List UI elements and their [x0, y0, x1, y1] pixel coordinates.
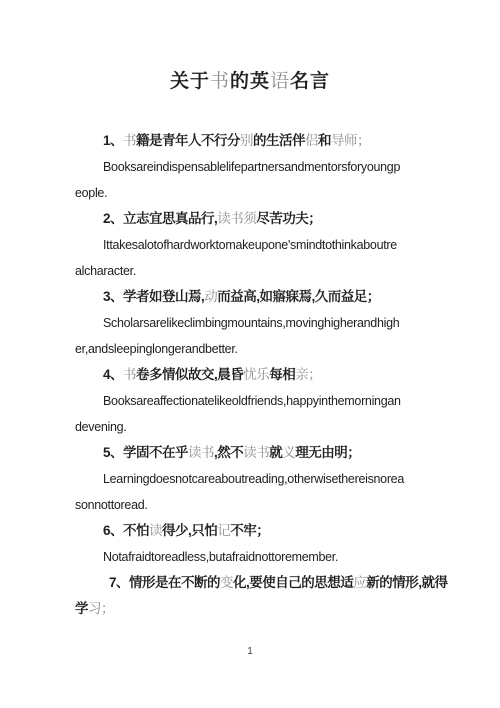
muted-text-run: 应 [353, 575, 366, 590]
page-number: 1 [0, 646, 500, 657]
text-run: 5、学固不在乎 [103, 445, 188, 460]
text-run: 和 [318, 133, 331, 148]
text-run: ,然不 [214, 445, 243, 460]
muted-text-run: 义 [282, 445, 295, 460]
quote-1-english-line-1: Booksareindispensablelifepartnersandment… [75, 154, 431, 180]
document-page: 关于书的英语名言 1、书籍是青年人不行分别的生活伴侣和导师； Booksarei… [0, 0, 500, 708]
text-run: 就 [269, 445, 282, 460]
text-run: 6、不怕 [103, 523, 149, 538]
muted-text-run: 习； [88, 601, 114, 616]
quote-7-chinese-line-2: 学习； [75, 596, 431, 622]
muted-text-run: 书 [210, 71, 230, 92]
muted-text-run: 变 [220, 575, 233, 590]
text-run: 3、学者如登山焉, [103, 289, 204, 304]
quote-4-chinese: 4、书卷多情似故交,晨昏忧乐每相亲； [75, 362, 431, 388]
quote-2-chinese: 2、立志宜思真品行,读书须尽苦功夫； [75, 206, 431, 232]
quote-3-english-line-1: Scholarsarelikeclimbingmountains,movingh… [75, 310, 431, 336]
text-run: 化,要使自己的思想适 [233, 575, 353, 590]
quote-7-chinese-line-1: 7、情形是在不断的变化,要使自己的思想适应新的情形,就得 [75, 570, 431, 596]
quote-6-chinese: 6、不怕读得少,只怕记不牢； [75, 518, 431, 544]
quote-3-english-line-2: er,andsleepinglongerandbetter. [75, 336, 431, 362]
text-run: 而益高,如寤寐焉,久而益足； [217, 289, 380, 304]
quote-2-english-line-1: Ittakesalotofhardworktomakeupone'smindto… [75, 232, 431, 258]
quote-1-english-line-2: eople. [75, 180, 431, 206]
text-run: 卷多情似故交,晨昏 [136, 367, 243, 382]
muted-text-run: 读书 [188, 445, 214, 460]
muted-text-run: 忧乐 [243, 367, 269, 382]
muted-text-run: 读书须 [217, 211, 256, 226]
quote-5-chinese: 5、学固不在乎读书,然不读书就义理无由明； [75, 440, 431, 466]
muted-text-run: 语 [270, 71, 290, 92]
text-run: 新的情形,就得 [366, 575, 447, 590]
quote-4-english-line-2: devening. [75, 414, 431, 440]
text-run: 名言 [290, 71, 330, 92]
muted-text-run: 读 [149, 523, 162, 538]
muted-text-run: 书 [123, 367, 136, 382]
quote-4-english-line-1: Booksareaffectionatelikeoldfriends,happy… [75, 388, 431, 414]
quote-1-chinese: 1、书籍是青年人不行分别的生活伴侣和导师； [75, 128, 431, 154]
text-run: 4、 [103, 367, 123, 382]
quote-5-english-line-1: Learningdoesnotcareaboutreading,otherwis… [75, 466, 431, 492]
text-run: 得少,只怕 [162, 523, 217, 538]
text-run: 1、 [103, 133, 123, 148]
muted-text-run: 导师； [331, 133, 370, 148]
muted-text-run: 侣 [305, 133, 318, 148]
text-run: 的英 [230, 71, 270, 92]
text-run: 的生活伴 [253, 133, 305, 148]
document-body: 1、书籍是青年人不行分别的生活伴侣和导师； Booksareindispensa… [75, 128, 431, 622]
muted-text-run: 动 [204, 289, 217, 304]
text-run: 2、立志宜思真品行, [103, 211, 217, 226]
text-run: 籍是青年人不行分 [136, 133, 240, 148]
muted-text-run: 亲； [295, 367, 321, 382]
quote-2-english-line-2: alcharacter. [75, 258, 431, 284]
text-run: 每相 [269, 367, 295, 382]
quote-3-chinese: 3、学者如登山焉,动而益高,如寤寐焉,久而益足； [75, 284, 431, 310]
text-run: 7、情形是在不断的 [109, 575, 220, 590]
muted-text-run: 记 [217, 523, 230, 538]
muted-text-run: 书 [123, 133, 136, 148]
text-run: 学 [75, 601, 88, 616]
page-title: 关于书的英语名言 [0, 66, 500, 93]
text-run: 不牢； [230, 523, 269, 538]
quote-6-english-line-1: Notafraidtoreadless,butafraidnottorememb… [75, 544, 431, 570]
text-run: 尽苦功夫； [256, 211, 321, 226]
muted-text-run: 读书 [243, 445, 269, 460]
muted-text-run: 别 [240, 133, 253, 148]
text-run: 关于 [170, 71, 210, 92]
quote-5-english-line-2: sonnottoread. [75, 492, 431, 518]
text-run: 理无由明； [295, 445, 360, 460]
